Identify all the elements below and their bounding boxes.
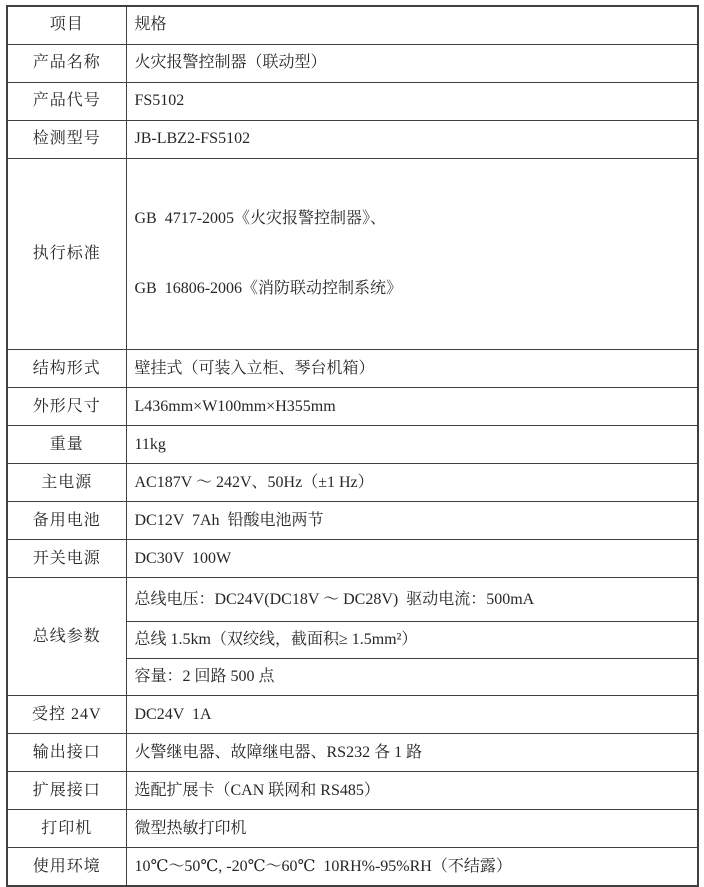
spec-item-value: GB 4717-2005《火灾报警控制器》、 GB 16806-2006《消防联… <box>126 158 698 350</box>
header-spec-cell: 规格 <box>126 6 698 44</box>
spec-item-label: 执行标准 <box>7 158 126 350</box>
spec-item-value: DC30V 100W <box>126 540 698 578</box>
spec-item-value: 11kg <box>126 426 698 464</box>
spec-item-value: 壁挂式（可装入立柜、琴台机箱） <box>126 350 698 388</box>
table-header-row: 项目 规格 <box>7 6 698 44</box>
table-row-bus-params-1: 总线参数 总线电压：DC24V(DC18V ～ DC28V) 驱动电流：500m… <box>7 578 698 622</box>
table-row-dimensions: 外形尺寸 L436mm×W100mm×H355mm <box>7 388 698 426</box>
table-row-product-name: 产品名称 火灾报警控制器（联动型） <box>7 44 698 82</box>
table-row-structure: 结构形式 壁挂式（可装入立柜、琴台机箱） <box>7 350 698 388</box>
spec-item-value: 选配扩展卡（CAN 联网和 RS485） <box>126 772 698 810</box>
spec-item-label: 扩展接口 <box>7 772 126 810</box>
table-row-product-code: 产品代号 FS5102 <box>7 82 698 120</box>
spec-item-value: 微型热敏打印机 <box>126 810 698 848</box>
spec-item-label: 总线参数 <box>7 578 126 696</box>
spec-item-label: 输出接口 <box>7 734 126 772</box>
bus-param-capacity: 容量：2 回路 500 点 <box>126 659 698 696</box>
spec-item-label: 主电源 <box>7 464 126 502</box>
table-row-standards: 执行标准 GB 4717-2005《火灾报警控制器》、 GB 16806-200… <box>7 158 698 350</box>
spec-sheet-page: 项目 规格 产品名称 火灾报警控制器（联动型） 产品代号 FS5102 检测型号… <box>0 0 704 777</box>
spec-item-value: L436mm×W100mm×H355mm <box>126 388 698 426</box>
table-row-switch-power: 开关电源 DC30V 100W <box>7 540 698 578</box>
spec-item-label: 使用环境 <box>7 848 126 886</box>
table-row-backup-battery: 备用电池 DC12V 7Ah 铅酸电池两节 <box>7 502 698 540</box>
spec-item-label: 受控 24V <box>7 696 126 734</box>
standard-line-1: GB 4717-2005《火灾报警控制器》、 <box>135 205 694 233</box>
table-row-test-model: 检测型号 JB-LBZ2-FS5102 <box>7 120 698 158</box>
spec-item-label: 结构形式 <box>7 350 126 388</box>
spec-item-value: 10℃～50℃, -20℃～60℃ 10RH%-95%RH（不结露） <box>126 848 698 886</box>
spec-item-value: 火警继电器、故障继电器、RS232 各 1 路 <box>126 734 698 772</box>
spec-item-value: AC187V ～ 242V、50Hz（±1 Hz） <box>126 464 698 502</box>
spec-item-label: 产品名称 <box>7 44 126 82</box>
spec-item-value: JB-LBZ2-FS5102 <box>126 120 698 158</box>
table-row-output-interface: 输出接口 火警继电器、故障继电器、RS232 各 1 路 <box>7 734 698 772</box>
standard-line-2: GB 16806-2006《消防联动控制系统》 <box>135 275 694 303</box>
table-row-controlled-24v: 受控 24V DC24V 1A <box>7 696 698 734</box>
spec-item-value: FS5102 <box>126 82 698 120</box>
spec-item-label: 备用电池 <box>7 502 126 540</box>
spec-item-value: DC24V 1A <box>126 696 698 734</box>
spec-item-label: 外形尺寸 <box>7 388 126 426</box>
spec-item-label: 检测型号 <box>7 120 126 158</box>
spec-item-label: 重量 <box>7 426 126 464</box>
spec-item-label: 产品代号 <box>7 82 126 120</box>
table-row-weight: 重量 11kg <box>7 426 698 464</box>
table-row-printer: 打印机 微型热敏打印机 <box>7 810 698 848</box>
table-row-expansion-interface: 扩展接口 选配扩展卡（CAN 联网和 RS485） <box>7 772 698 810</box>
table-row-environment: 使用环境 10℃～50℃, -20℃～60℃ 10RH%-95%RH（不结露） <box>7 848 698 886</box>
product-spec-table: 项目 规格 产品名称 火灾报警控制器（联动型） 产品代号 FS5102 检测型号… <box>6 5 699 887</box>
spec-item-value: 火灾报警控制器（联动型） <box>126 44 698 82</box>
spec-item-label: 打印机 <box>7 810 126 848</box>
bus-param-length: 总线 1.5km（双绞线，截面积≥ 1.5mm²） <box>126 622 698 659</box>
spec-item-value: DC12V 7Ah 铅酸电池两节 <box>126 502 698 540</box>
table-row-main-power: 主电源 AC187V ～ 242V、50Hz（±1 Hz） <box>7 464 698 502</box>
header-item-cell: 项目 <box>7 6 126 44</box>
bus-param-voltage: 总线电压：DC24V(DC18V ～ DC28V) 驱动电流：500mA <box>126 578 698 622</box>
spec-item-label: 开关电源 <box>7 540 126 578</box>
